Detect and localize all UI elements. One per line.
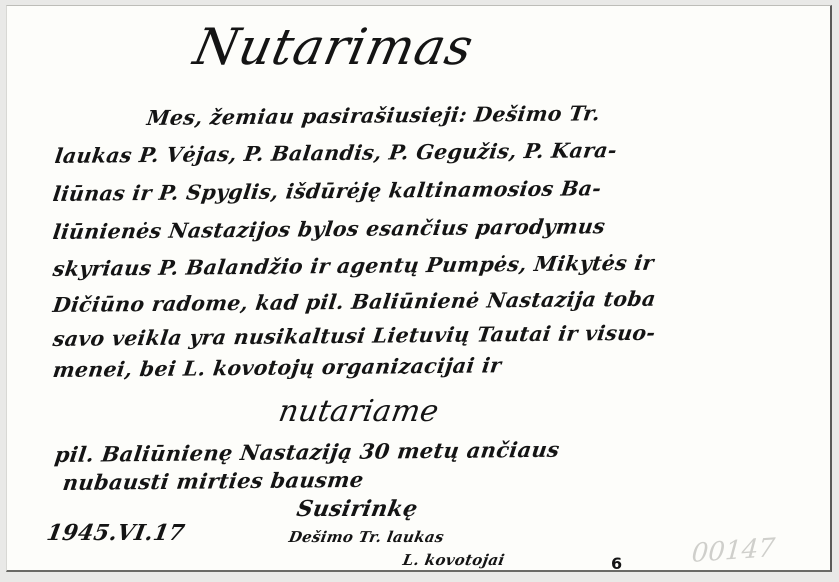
body-line-5: skyriaus P. Balandžio ir agentų Pumpės, … [51, 251, 655, 281]
body-line-4: liūnienės Nastazijos bylos esančius paro… [51, 214, 606, 244]
scanned-document-page: Nutarimas Mes, žemiau pasirašiusieji: De… [6, 5, 832, 572]
body-line-6: Dičiūno radome, kad pil. Baliūnienė Nast… [51, 287, 657, 317]
decision-heading: nutariame [276, 394, 441, 429]
document-title: Nutarimas [189, 18, 479, 76]
decision-line-2: nubausti mirties bausme [61, 467, 365, 495]
decision-line-1: pil. Baliūnienę Nastaziją 30 metų ančiau… [53, 437, 561, 467]
body-line-2: laukas P. Vėjas, P. Balandis, P. Gegužis… [53, 138, 618, 168]
signature-line-1: Dešimo Tr. laukas [287, 528, 445, 546]
archive-number-stamp: 00147 [691, 533, 776, 569]
signature-line-2: L. kovotojai [401, 551, 506, 569]
document-date: 1945.VI.17 [45, 520, 187, 546]
margin-mark: 6 [611, 554, 622, 573]
body-line-3: liūnas ir P. Spyglis, išdūrėję kaltinamo… [51, 176, 602, 206]
closing-word: Susirinkę [295, 496, 420, 522]
body-line-1: Mes, žemiau pasirašiusieji: Dešimo Tr. [145, 101, 601, 130]
body-line-7: savo veikla yra nusikaltusi Lietuvių Tau… [51, 321, 657, 351]
body-line-8: menei, bei L. kovotojų organizacijai ir [51, 353, 502, 382]
